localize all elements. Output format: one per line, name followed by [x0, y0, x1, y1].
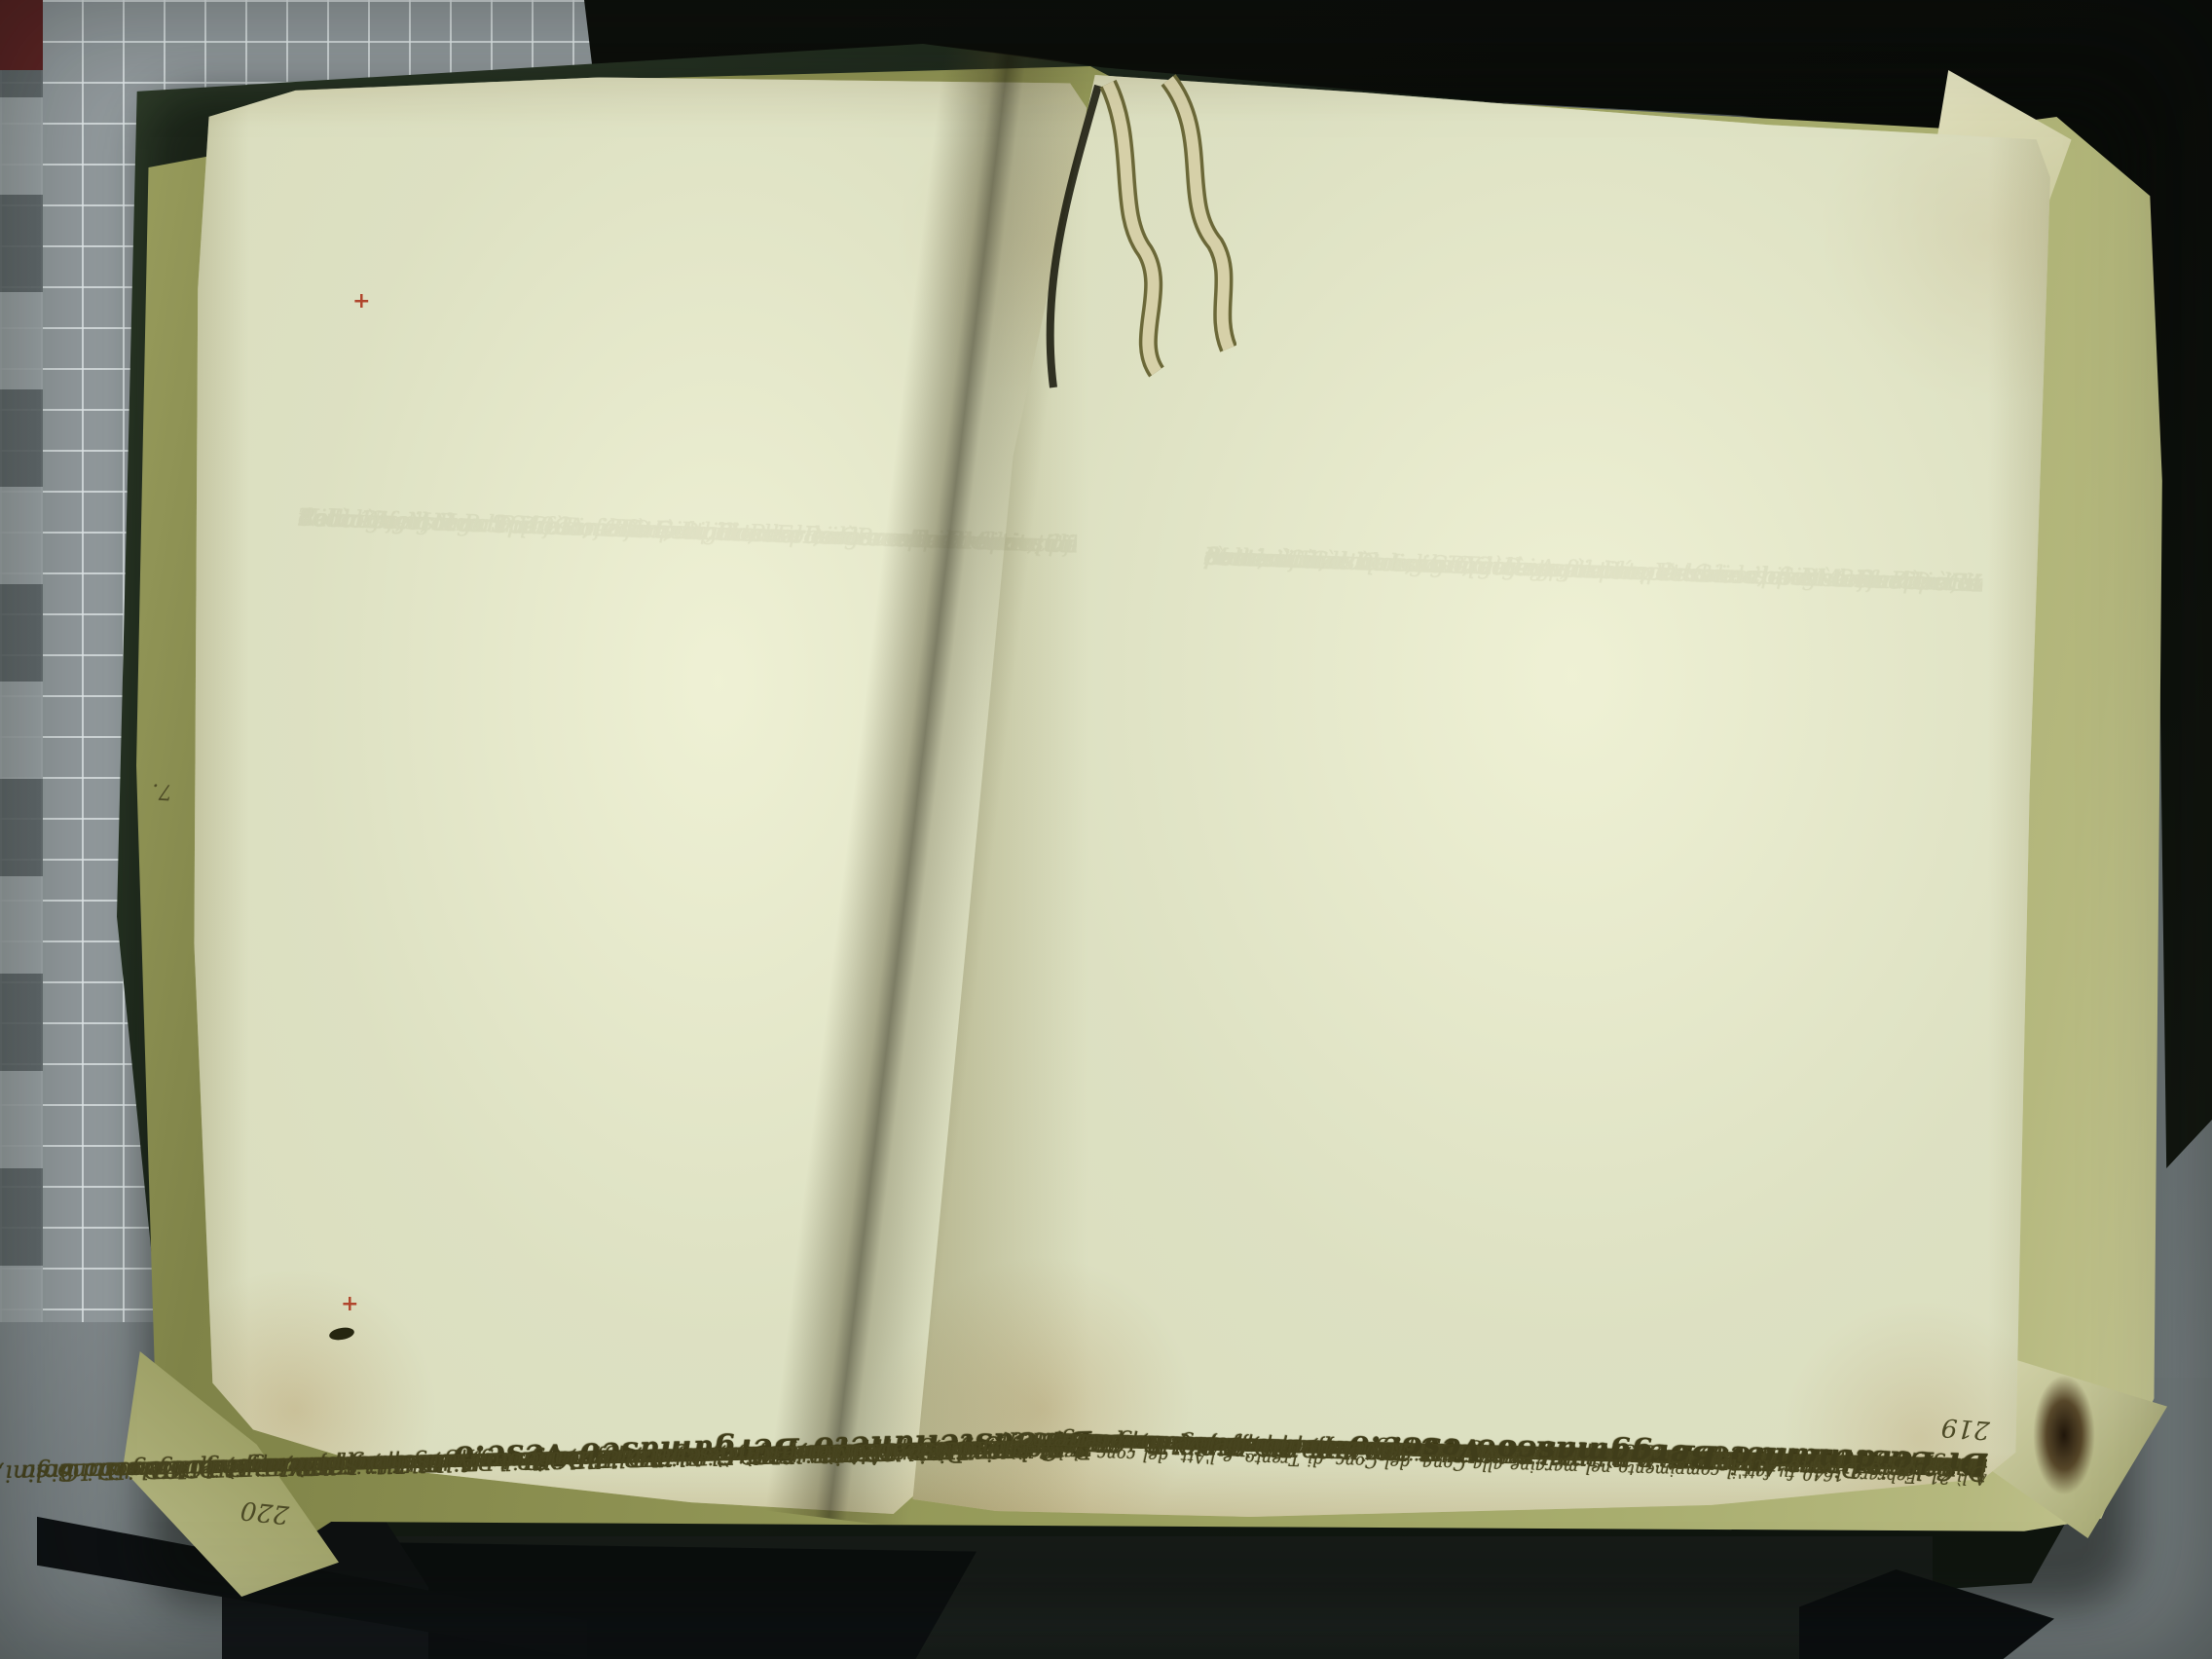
burn-stain	[2033, 1375, 2095, 1495]
mat-edge-ruler-block	[0, 0, 43, 70]
folio-number-219: 219	[1940, 1412, 1991, 1444]
manuscript-photo: A dì 15. Marzo 1640 si fece Cong.ne nel …	[0, 0, 2212, 1659]
ink-bleedthrough: A dì 15. Marzo 1640 si fece Cong.ne nel …	[285, 493, 1077, 909]
mat-edge-ruler	[0, 0, 43, 1342]
folio-number-220: 220	[240, 1494, 291, 1529]
ink-bleedthrough: Battista Goslieri, il P.re D. Agostino V…	[1191, 532, 1983, 968]
red-cross-mark: +	[341, 1291, 358, 1316]
manuscript-text-line: voli.	[297, 493, 350, 543]
margin-mark: 7.	[151, 778, 172, 803]
red-cross-mark: +	[352, 288, 370, 313]
